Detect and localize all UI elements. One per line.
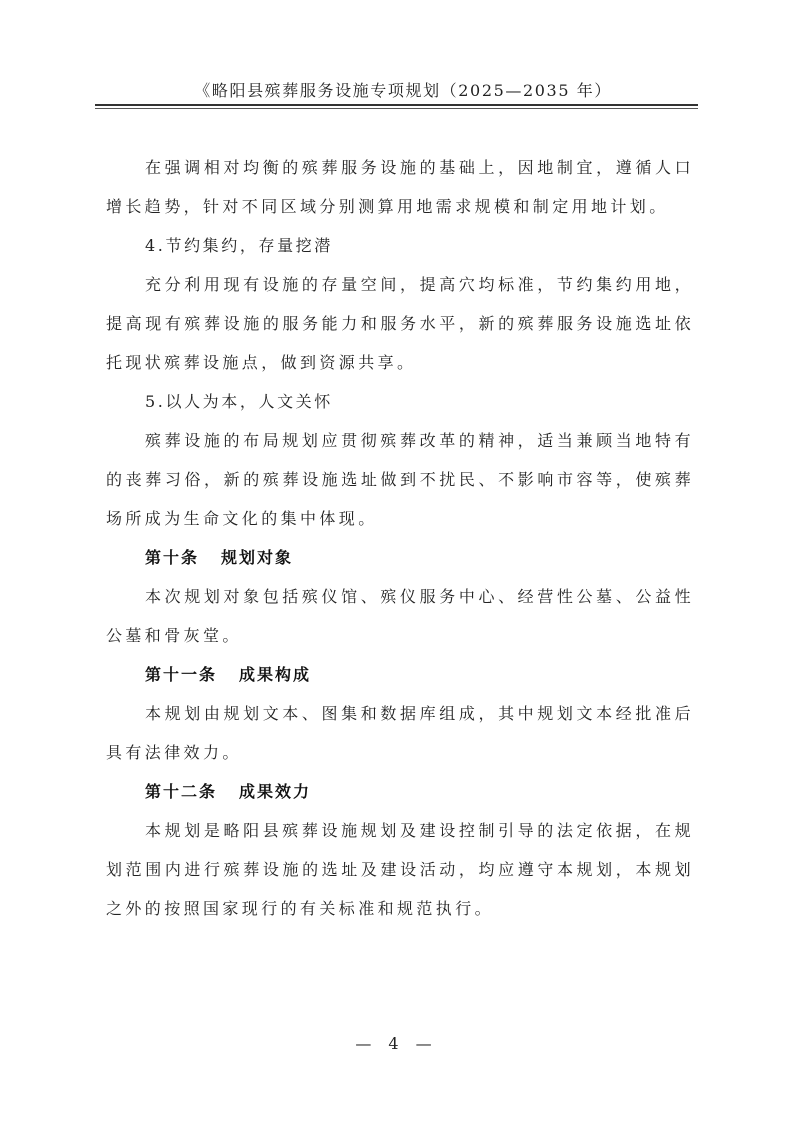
article-number: 第十条 — [145, 548, 199, 567]
article-11-heading: 第十一条成果构成 — [106, 655, 694, 694]
paragraph-people-oriented: 殡葬设施的布局规划应贯彻殡葬改革的精神，适当兼顾当地特有的丧葬习俗，新的殡葬设施… — [106, 421, 694, 538]
paragraph-legal-effect: 本规划是略阳县殡葬设施规划及建设控制引导的法定依据，在规划范围内进行殡葬设施的选… — [106, 811, 694, 928]
article-title: 规划对象 — [221, 548, 293, 567]
principle-heading-4: 4.节约集约，存量挖潜 — [106, 226, 694, 265]
article-10-heading: 第十条规划对象 — [106, 538, 694, 577]
principle-heading-5: 5.以人为本，人文关怀 — [106, 382, 694, 421]
article-number: 第十二条 — [145, 782, 217, 801]
article-number: 第十一条 — [145, 665, 217, 684]
paragraph-intensive-use: 充分利用现有设施的存量空间，提高穴均标准，节约集约用地，提高现有殡葬设施的服务能… — [106, 265, 694, 382]
paragraph-balanced-layout: 在强调相对均衡的殡葬服务设施的基础上，因地制宜，遵循人口增长趋势，针对不同区域分… — [106, 148, 694, 226]
paragraph-planning-objects: 本次规划对象包括殡仪馆、殡仪服务中心、经营性公墓、公益性公墓和骨灰堂。 — [106, 577, 694, 655]
document-body: 在强调相对均衡的殡葬服务设施的基础上，因地制宜，遵循人口增长趋势，针对不同区域分… — [106, 148, 694, 928]
page-header: 《略阳县殡葬服务设施专项规划（2025—2035 年） — [95, 78, 698, 108]
header-double-rule — [95, 104, 698, 109]
article-title: 成果效力 — [239, 782, 311, 801]
paragraph-deliverables: 本规划由规划文本、图集和数据库组成，其中规划文本经批准后具有法律效力。 — [106, 694, 694, 772]
article-title: 成果构成 — [239, 665, 311, 684]
article-12-heading: 第十二条成果效力 — [106, 772, 694, 811]
page-number: — 4 — — [0, 1032, 793, 1056]
document-title: 《略阳县殡葬服务设施专项规划（2025—2035 年） — [194, 78, 612, 104]
